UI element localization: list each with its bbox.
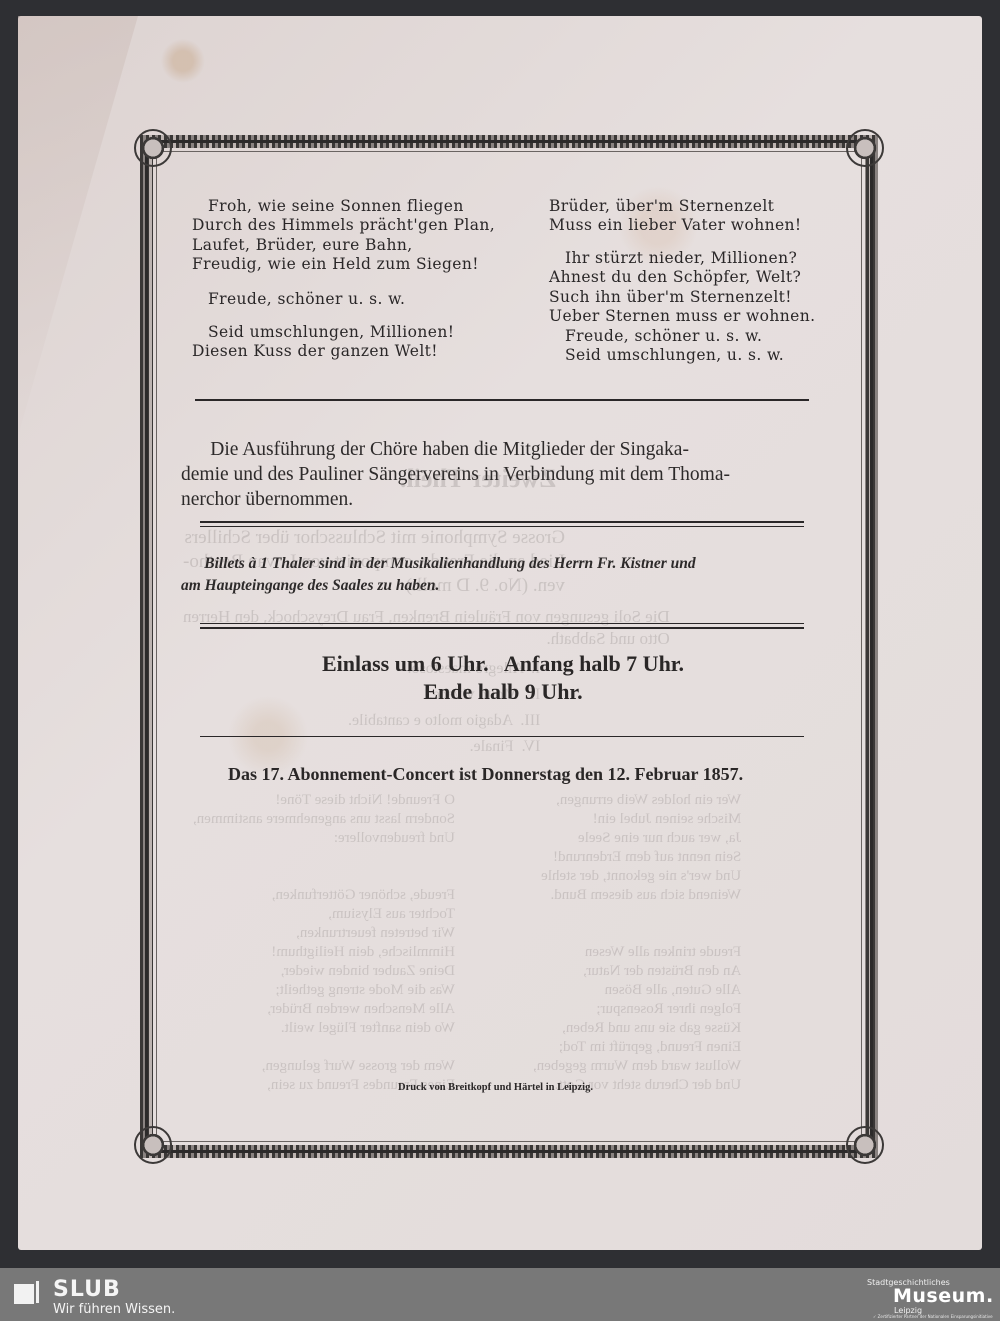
corner-ornament-icon <box>134 129 172 167</box>
museum-certification: ✓ Zertifizierter Partner der Nationalen … <box>873 1314 993 1319</box>
slub-book-logo-icon[interactable] <box>14 1281 40 1303</box>
corner-ornament-icon <box>846 1126 884 1164</box>
choir-notice: Die Ausführung der Chöre haben die Mitgl… <box>181 437 730 512</box>
verse-left-chorus: Freude, schöner u. s. w. <box>192 290 405 309</box>
viewer-footer: SLUB Wir führen Wissen. Stadtgeschichtli… <box>0 1268 1000 1321</box>
divider-double-rule <box>200 521 804 523</box>
corner-ornament-icon <box>846 129 884 167</box>
verse-right-stanza: Brüder, über'm Sternenzelt Muss ein lieb… <box>549 197 802 236</box>
time-line-1: Einlass um 6 Uhr. Anfang halb 7 Uhr. <box>178 650 828 678</box>
time-line-2: Ende halb 9 Uhr. <box>178 678 828 706</box>
verse-left-stanza: Froh, wie seine Sonnen fliegen Durch des… <box>192 197 495 275</box>
slub-tagline: Wir führen Wissen. <box>53 1302 175 1317</box>
slub-brand[interactable]: SLUB <box>53 1277 121 1302</box>
corner-ornament-icon <box>134 1126 172 1164</box>
page-fold-shading <box>18 16 138 436</box>
next-concert-notice: Das 17. Abonnement-Concert ist Donnersta… <box>228 764 743 785</box>
divider-double-rule <box>200 627 804 629</box>
scanned-page: Zweiter Theil. Grosse Symphonie mit Schl… <box>18 16 982 1250</box>
verse-right-stanza: Ihr stürzt nieder, Millionen? Ahnest du … <box>549 249 815 365</box>
divider-double-rule <box>200 623 804 624</box>
divider-rule <box>195 399 809 401</box>
divider-double-rule <box>200 526 804 527</box>
printer-imprint: Druck von Breitkopf und Härtel in Leipzi… <box>398 1082 593 1093</box>
museum-brand[interactable]: Museum. <box>893 1285 994 1307</box>
verse-left-chorus: Seid umschlungen, Millionen! Diesen Kuss… <box>192 323 454 362</box>
divider-rule <box>200 736 804 737</box>
tickets-notice: Billets à 1 Thaler sind in der Musikalie… <box>181 553 696 597</box>
